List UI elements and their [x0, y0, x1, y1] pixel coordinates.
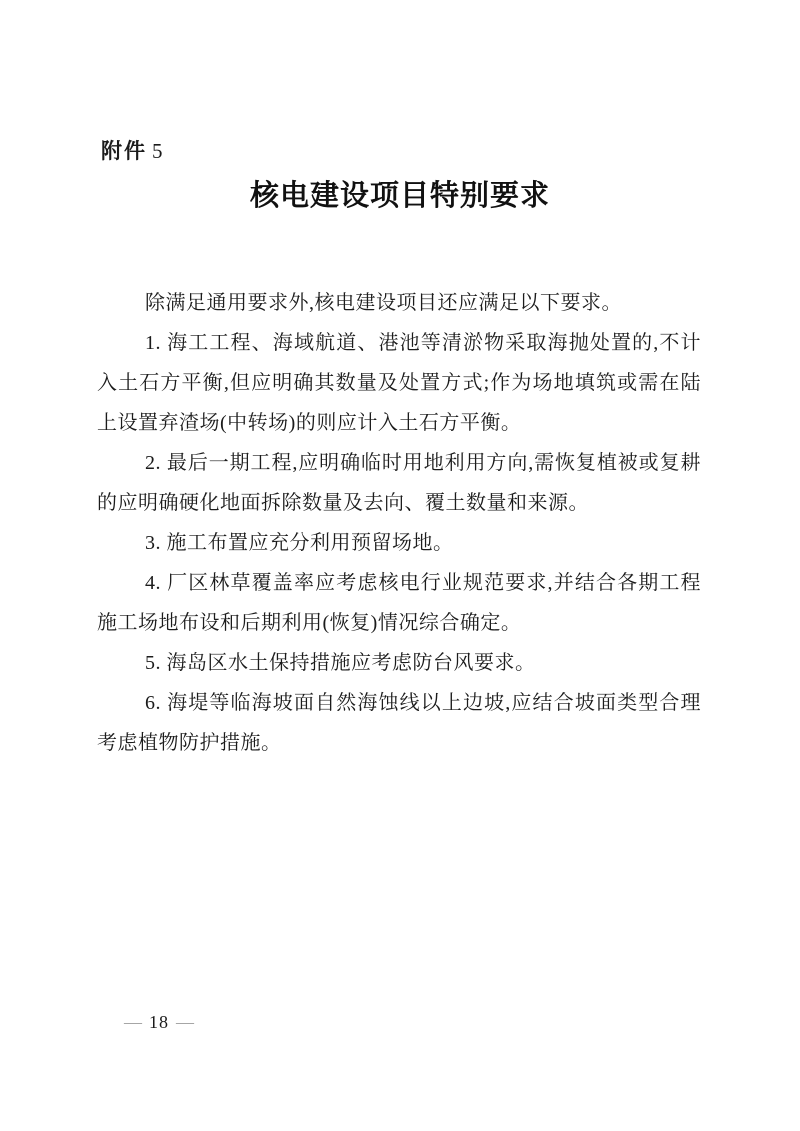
page-footer: —18— [124, 1010, 194, 1034]
document-body: 除满足通用要求外,核电建设项目还应满足以下要求。 1. 海工工程、海域航道、港池… [97, 283, 701, 763]
document-page: 附件5 核电建设项目特别要求 除满足通用要求外,核电建设项目还应满足以下要求。 … [0, 0, 800, 1131]
paragraph-item-6: 6. 海堤等临海坡面自然海蚀线以上边坡,应结合坡面类型合理考虑植物防护措施。 [97, 683, 701, 763]
paragraph-intro: 除满足通用要求外,核电建设项目还应满足以下要求。 [97, 283, 701, 323]
paragraph-item-5: 5. 海岛区水土保持措施应考虑防台风要求。 [97, 643, 701, 683]
footer-dash-left: — [124, 1012, 142, 1032]
paragraph-item-3: 3. 施工布置应充分利用预留场地。 [97, 523, 701, 563]
paragraph-item-4: 4. 厂区林草覆盖率应考虑核电行业规范要求,并结合各期工程施工场地布设和后期利用… [97, 563, 701, 643]
paragraph-item-1: 1. 海工工程、海域航道、港池等清淤物采取海抛处置的,不计入土石方平衡,但应明确… [97, 323, 701, 443]
attachment-label: 附件5 [101, 139, 163, 164]
paragraph-item-2: 2. 最后一期工程,应明确临时用地利用方向,需恢复植被或复耕的应明确硬化地面拆除… [97, 443, 701, 523]
attachment-label-word: 附件 [101, 140, 147, 163]
footer-dash-right: — [176, 1012, 194, 1032]
page-number: 18 [149, 1012, 169, 1032]
document-title: 核电建设项目特别要求 [0, 179, 800, 213]
attachment-label-number: 5 [152, 139, 163, 163]
